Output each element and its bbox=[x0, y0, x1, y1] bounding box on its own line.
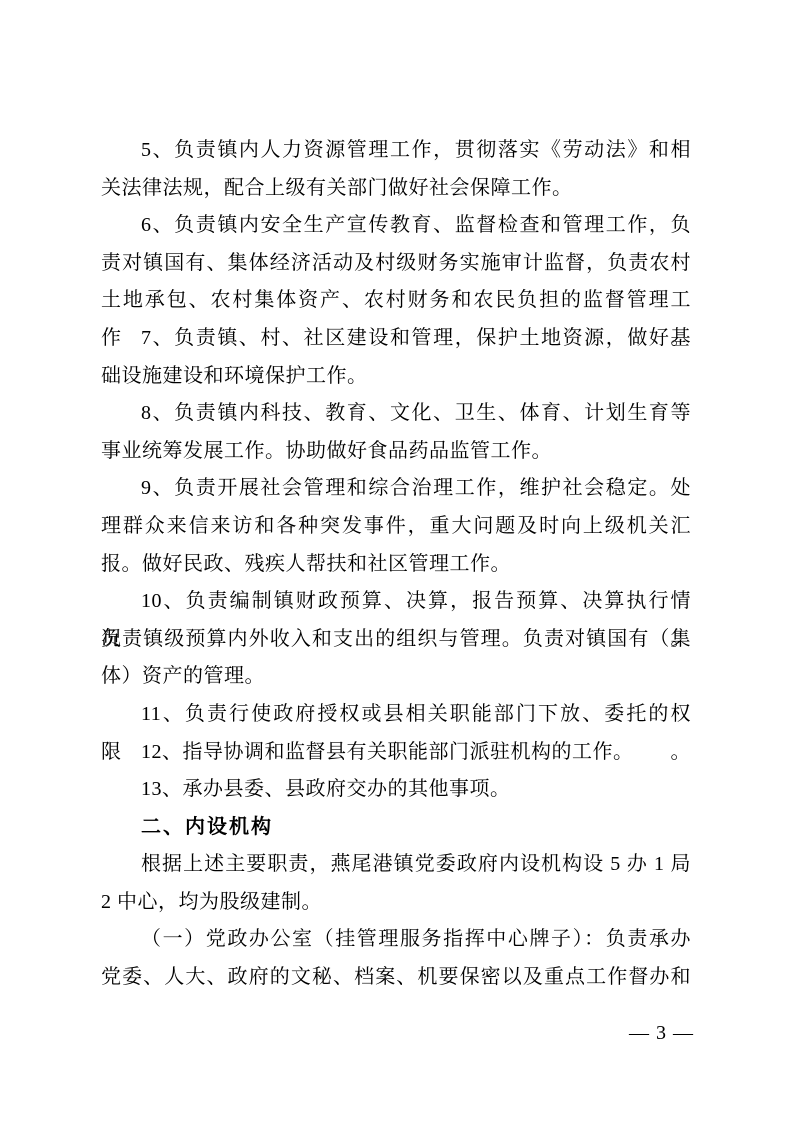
text-line: 11、负责行使政府授权或县相关职能部门下放、委托的权限。 bbox=[101, 696, 691, 734]
text-line: 体）资产的管理。 bbox=[101, 658, 691, 696]
text-line: 9、负责开展社会管理和综合治理工作，维护社会稳定。处 bbox=[101, 470, 691, 508]
text-line: 12、指导协调和监督县有关职能部门派驻机构的工作。 bbox=[101, 734, 691, 772]
text-line: 理群众来信来访和各种突发事件，重大问题及时向上级机关汇 bbox=[101, 508, 691, 546]
text-line: 党委、人大、政府的文秘、档案、机要保密以及重点工作督办和 bbox=[101, 959, 691, 997]
section-heading: 二、内设机构 bbox=[101, 809, 691, 847]
text-line: 负责镇级预算内外收入和支出的组织与管理。负责对镇国有（集 bbox=[101, 621, 691, 659]
text-line: 6、负责镇内安全生产宣传教育、监督检查和管理工作，负 bbox=[101, 207, 691, 245]
text-line: 责对镇国有、集体经济活动及村级财务实施审计监督，负责农村 bbox=[101, 245, 691, 283]
text-line: 5、负责镇内人力资源管理工作，贯彻落实《劳动法》和相 bbox=[101, 132, 691, 170]
document-page: 5、负责镇内人力资源管理工作，贯彻落实《劳动法》和相关法律法规，配合上级有关部门… bbox=[0, 0, 794, 1123]
text-line: 根据上述主要职责，燕尾港镇党委政府内设机构设 5 办 1 局 bbox=[101, 846, 691, 884]
text-line: 7、负责镇、村、社区建设和管理，保护土地资源，做好基 bbox=[101, 320, 691, 358]
text-line: 础设施建设和环境保护工作。 bbox=[101, 358, 691, 396]
text-line: 10、负责编制镇财政预算、决算，报告预算、决算执行情况。 bbox=[101, 583, 691, 621]
page-number: — 3 — bbox=[629, 1019, 694, 1047]
text-line: 2 中心，均为股级建制。 bbox=[101, 884, 691, 922]
text-line: 土地承包、农村集体资产、农村财务和农民负担的监督管理工作。 bbox=[101, 282, 691, 320]
text-line: 关法律法规，配合上级有关部门做好社会保障工作。 bbox=[101, 170, 691, 208]
text-line: 8、负责镇内科技、教育、文化、卫生、体育、计划生育等 bbox=[101, 395, 691, 433]
text-line: 事业统筹发展工作。协助做好食品药品监管工作。 bbox=[101, 433, 691, 471]
document-body: 5、负责镇内人力资源管理工作，贯彻落实《劳动法》和相关法律法规，配合上级有关部门… bbox=[101, 132, 691, 997]
text-line: （一）党政办公室（挂管理服务指挥中心牌子）：负责承办 bbox=[101, 921, 691, 959]
text-line: 13、承办县委、县政府交办的其他事项。 bbox=[101, 771, 691, 809]
text-line: 报。做好民政、残疾人帮扶和社区管理工作。 bbox=[101, 546, 691, 584]
